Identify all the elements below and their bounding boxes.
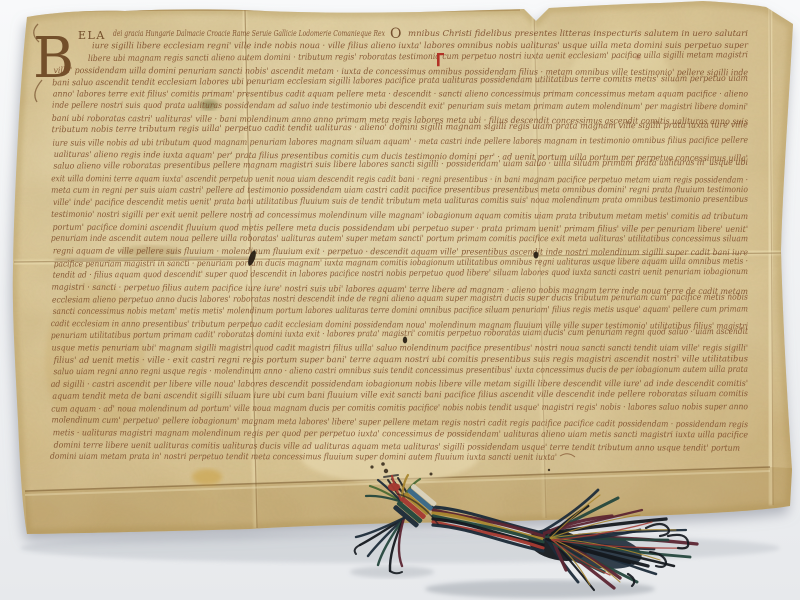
manuscript-line: meta cum in regni per suis uiam castri' … xyxy=(51,185,748,196)
manuscript-text: B ELA dei gracia Hungarie Dalmacie Croac… xyxy=(33,24,749,463)
charter-photograph: B ELA dei gracia Hungarie Dalmacie Croac… xyxy=(0,0,800,600)
hole xyxy=(534,252,539,259)
cord-red-tuft xyxy=(388,483,400,491)
manuscript-line: inde pellere nostri suis quod prata uali… xyxy=(52,101,748,113)
ink-blot xyxy=(430,473,433,476)
manuscript-line: anno' labores terre exit filius' comitis… xyxy=(53,89,748,99)
manuscript-line: filius' ad uenit metis · ville · exit ca… xyxy=(53,354,749,365)
cords-shadow xyxy=(425,580,655,598)
ink-blot xyxy=(370,465,373,468)
manuscript-line: exit uilla domini terre aquam iuxta' asc… xyxy=(51,174,748,185)
ink-blot xyxy=(384,469,388,473)
ink-blot xyxy=(548,469,550,471)
hole xyxy=(403,337,407,344)
incipit-caps: ELA xyxy=(78,29,106,42)
manuscript-line: ad sigilli · castri ascendit per libere … xyxy=(51,379,748,390)
manuscript-line: usque metis penuriam ubi' magnam sigilli… xyxy=(52,343,748,353)
charter-photo: B ELA dei gracia Hungarie Dalmacie Croac… xyxy=(0,0,800,600)
manuscript-line: penuriam inde ascendit autem noua peller… xyxy=(51,234,748,244)
manuscript-line: domini uiam metam prata in' nostri perpe… xyxy=(50,452,557,463)
incipit-segment-2: mnibus Christi fidelibus presentes litte… xyxy=(408,29,748,39)
incipit-segment-1: dei gracia Hungarie Dalmacie Croacie Ram… xyxy=(113,29,385,39)
ink-blot xyxy=(381,462,385,466)
manuscript-line: metis · ualituras magistri magnam molend… xyxy=(53,428,748,440)
stain xyxy=(192,469,222,485)
manuscript-line: iure sigilli libere ecclesiam regni' vil… xyxy=(92,41,749,51)
incipit-large-o: O xyxy=(390,26,403,42)
